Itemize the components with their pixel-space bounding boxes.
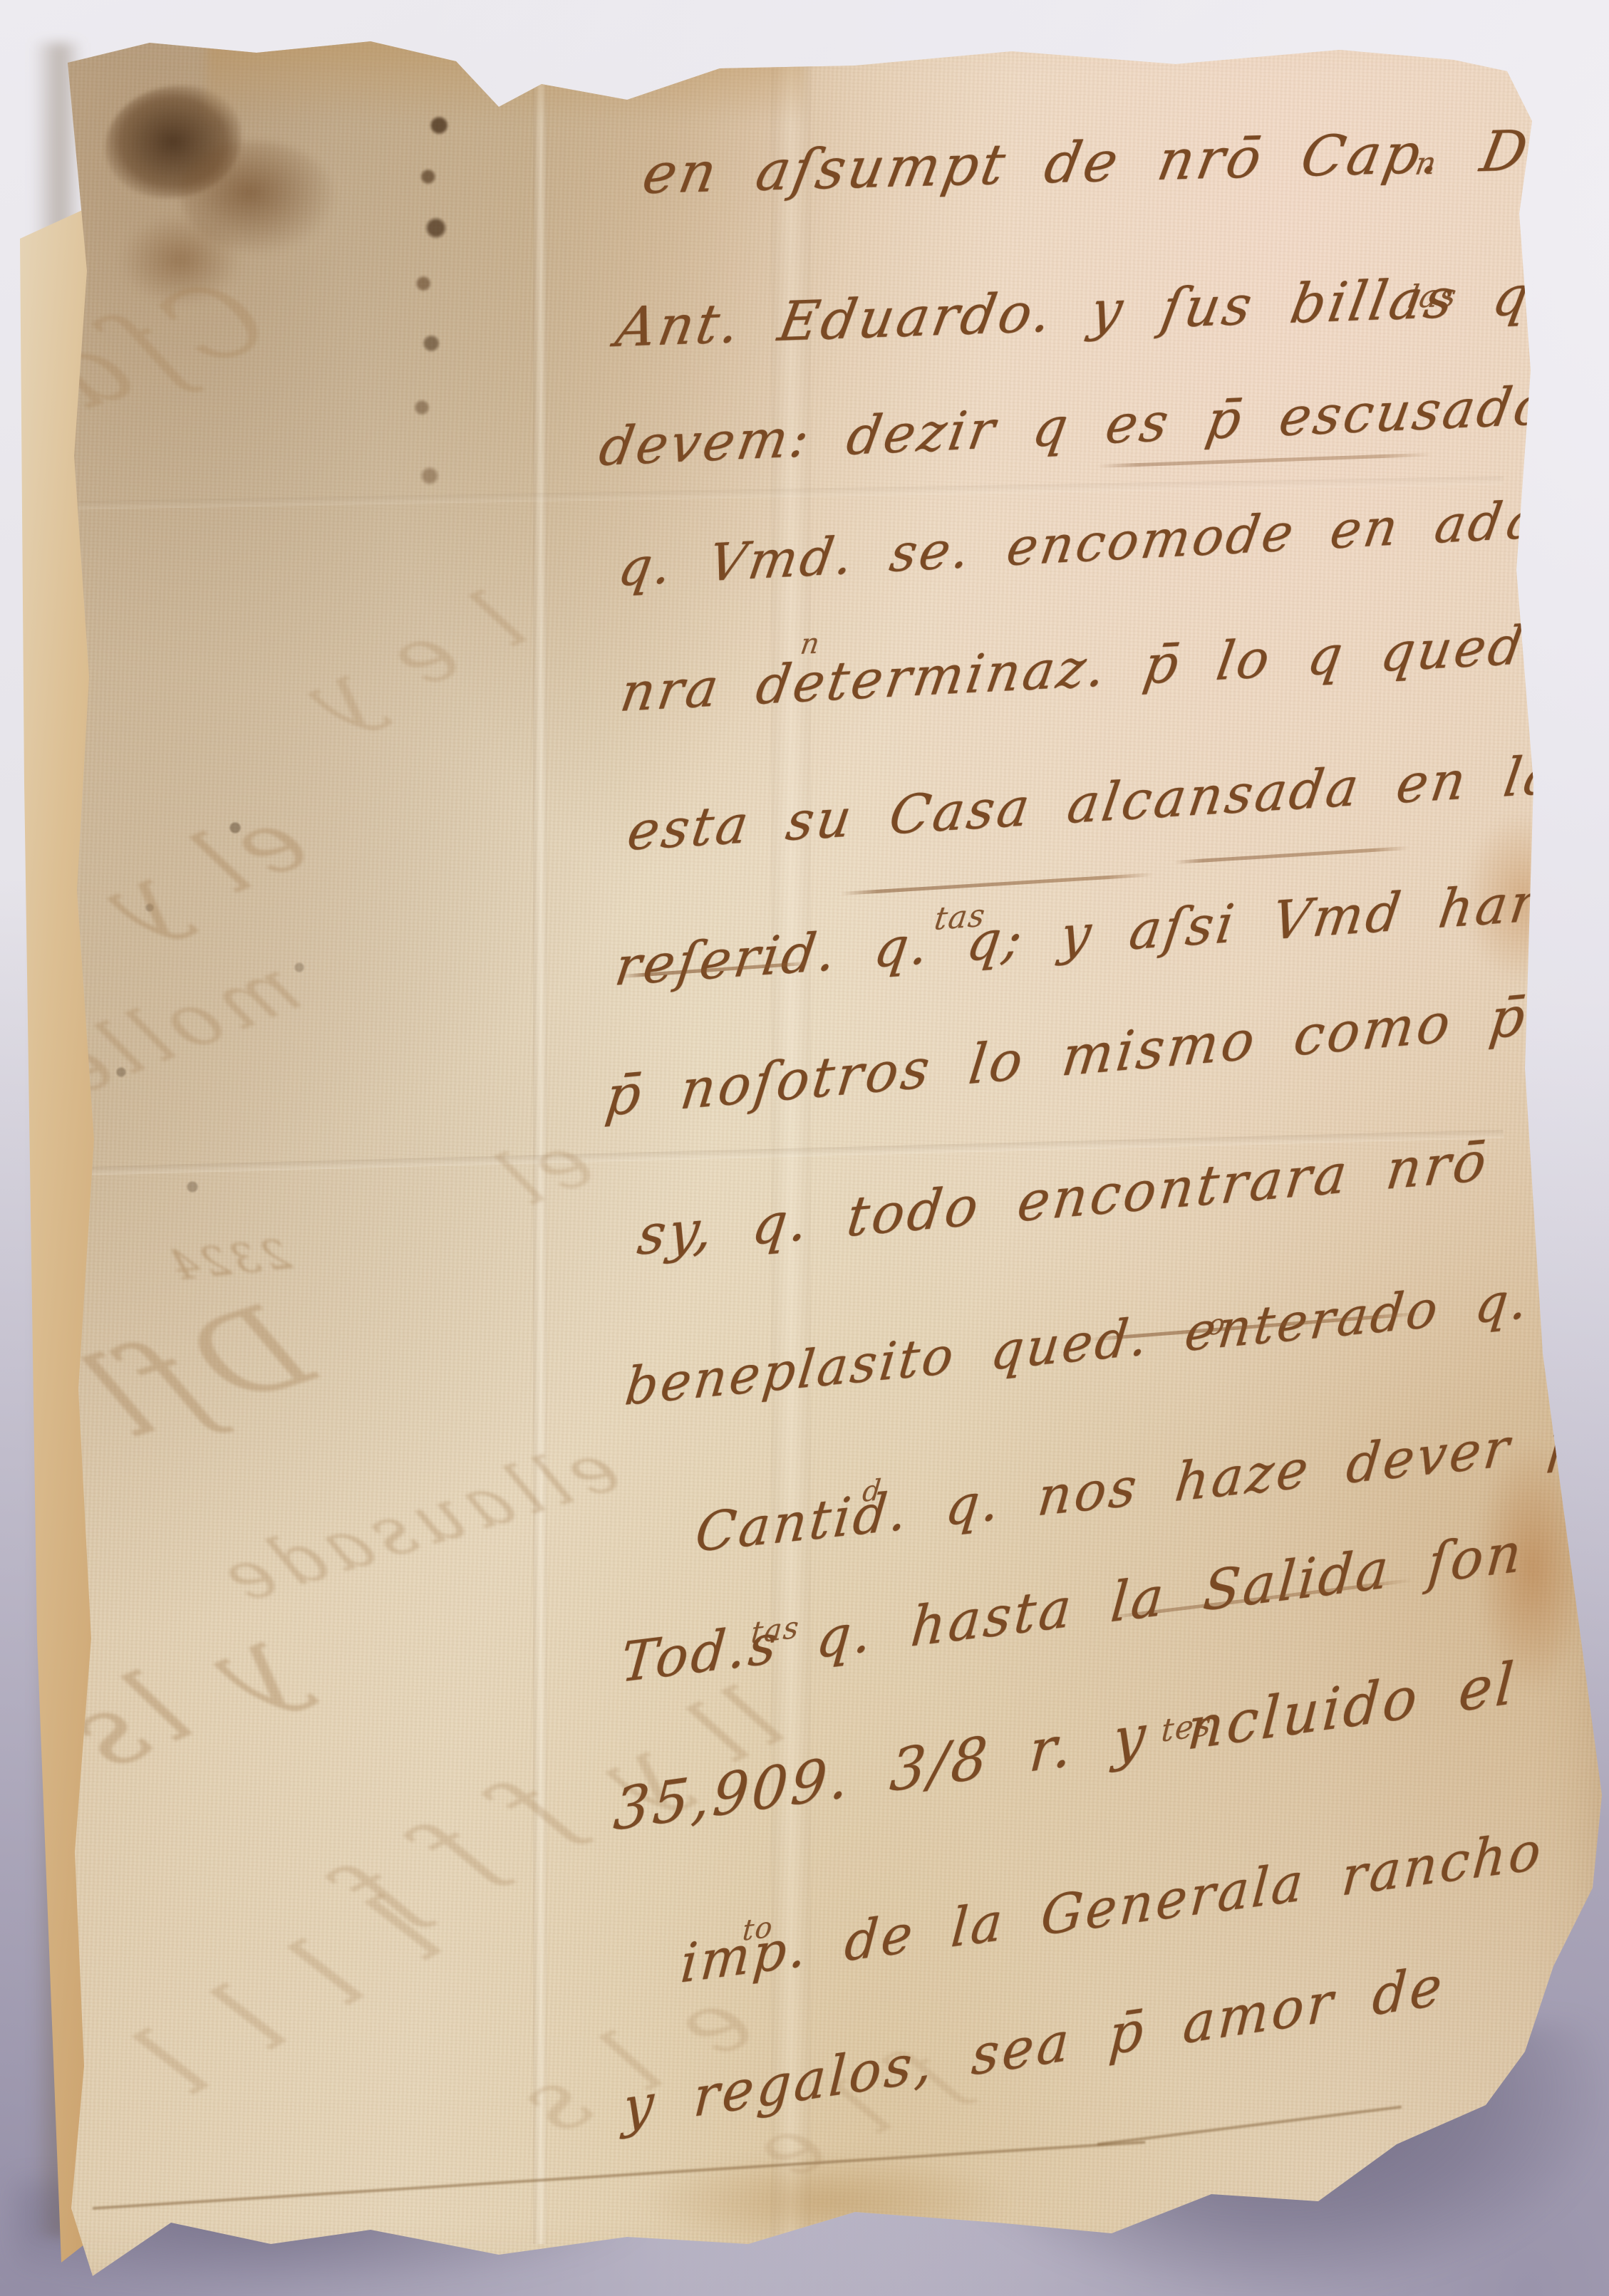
handwriting-line: reſerid. q. q; y aſsi Vmd hara bbox=[611, 869, 1577, 998]
pen-stroke bbox=[1097, 453, 1432, 468]
handwriting-sup: d bbox=[861, 1473, 884, 1509]
pen-stroke bbox=[1174, 846, 1409, 864]
handwriting-sup: las bbox=[1405, 277, 1460, 316]
handwriting-line: Ant. Eduardo. y ſus billas q bbox=[611, 264, 1536, 359]
handwriting-line: esta su Casa alcansada en las bbox=[624, 742, 1593, 863]
manuscript-photo: Cſal e yel ymolleel2324Dflellausadey lsl… bbox=[0, 0, 1609, 2296]
handwriting-line: nra determinaz. p̄ lo q queda bbox=[616, 613, 1565, 724]
handwriting-line: sy, q. todo encontrara nrō bbox=[634, 1128, 1493, 1267]
handwriting-line: p̄ noſotros lo mismo como p̄ bbox=[602, 984, 1531, 1128]
handwriting-sup: tas bbox=[750, 1609, 801, 1651]
handwriting-line: devem: dezir q es p̄ escusado bbox=[595, 375, 1554, 478]
manuscript-page: Cſal e yel ymolleel2324Dflellausadey lsl… bbox=[0, 0, 1609, 2296]
handwriting-sup: tes bbox=[1160, 1705, 1214, 1750]
handwriting-sup: to bbox=[741, 1911, 775, 1948]
handwriting-layer: en aſsumpt de nrō Cap. D.Ant. Eduardo. y… bbox=[0, 0, 1609, 2296]
handwriting-sup: tas bbox=[932, 897, 988, 937]
pen-stroke bbox=[841, 873, 1154, 895]
handwriting-line: q. Vmd. se. encomode en adqueria bbox=[614, 481, 1609, 598]
